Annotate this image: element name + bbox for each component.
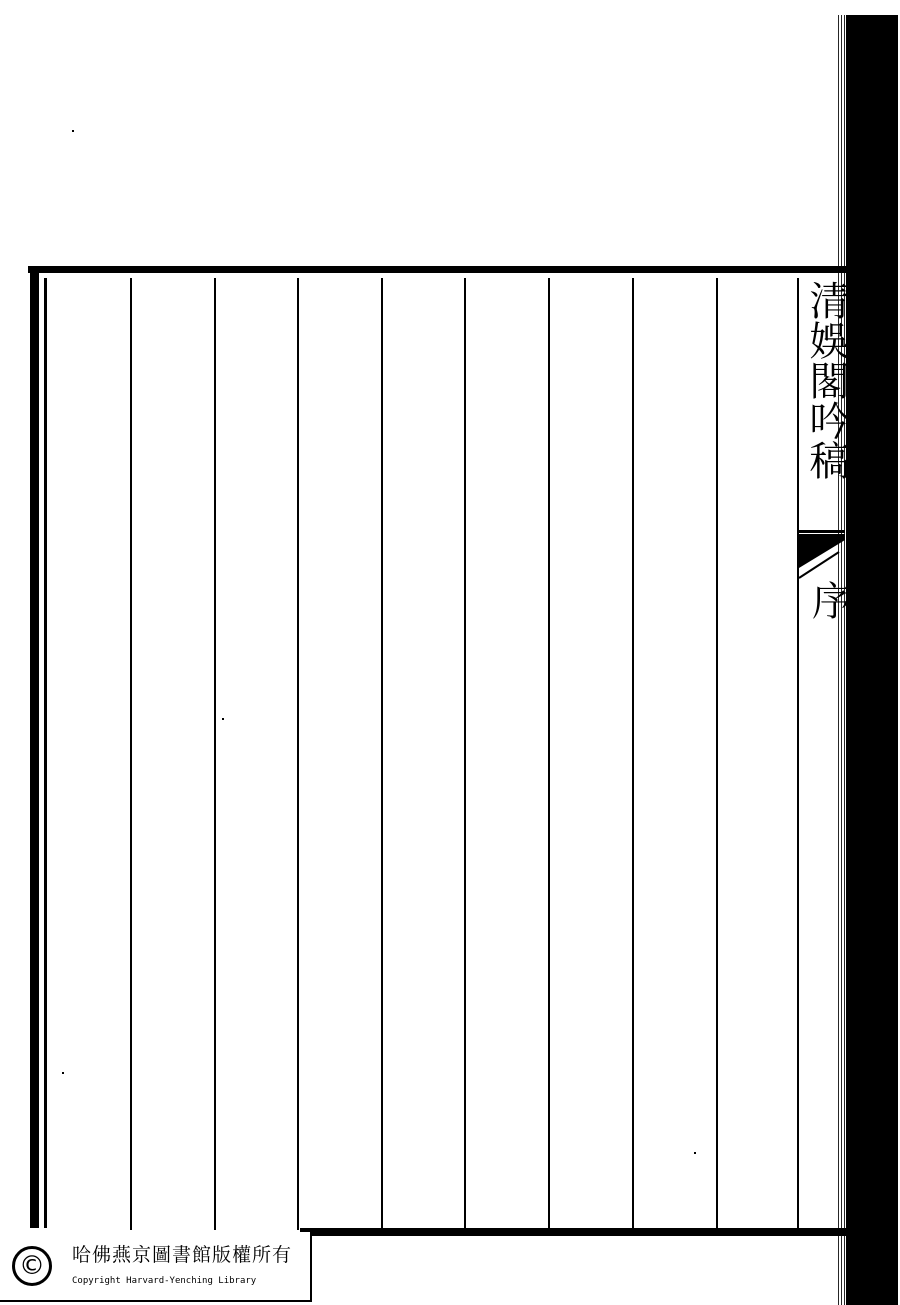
frame-top-border bbox=[28, 266, 848, 273]
block-center-rule bbox=[797, 278, 799, 1228]
binding-edge bbox=[846, 15, 898, 1305]
column-rule bbox=[214, 278, 216, 1230]
block-center-title: 清娛閣吟稿 bbox=[806, 280, 850, 480]
ink-speck bbox=[694, 1152, 696, 1154]
frame-left-inner-border bbox=[44, 278, 47, 1228]
column-rule bbox=[381, 278, 383, 1230]
title-box-divider bbox=[797, 530, 845, 533]
fishtail-marker bbox=[799, 534, 845, 584]
column-rule bbox=[716, 278, 718, 1230]
frame-left-border bbox=[30, 268, 39, 1228]
copyright-icon: © bbox=[12, 1246, 52, 1286]
copyright-text-cjk: 哈佛燕京圖書館版權所有 bbox=[72, 1240, 292, 1267]
column-rule bbox=[548, 278, 550, 1230]
copyright-text-en: Copyright Harvard-Yenching Library bbox=[72, 1276, 256, 1286]
copyright-stamp: © 哈佛燕京圖書館版權所有 Copyright Harvard-Yenching… bbox=[0, 1232, 312, 1302]
column-rule bbox=[464, 278, 466, 1230]
ink-speck bbox=[72, 130, 74, 132]
column-rule bbox=[297, 278, 299, 1230]
column-rule bbox=[130, 278, 132, 1230]
section-label: 序 bbox=[812, 578, 852, 626]
ink-speck bbox=[222, 718, 224, 720]
book-page: 清娛閣吟稿 序 © 哈佛燕京圖書館版權所有 Copyright Harvard-… bbox=[0, 0, 900, 1305]
column-rule bbox=[632, 278, 634, 1230]
ink-speck bbox=[62, 1072, 64, 1074]
